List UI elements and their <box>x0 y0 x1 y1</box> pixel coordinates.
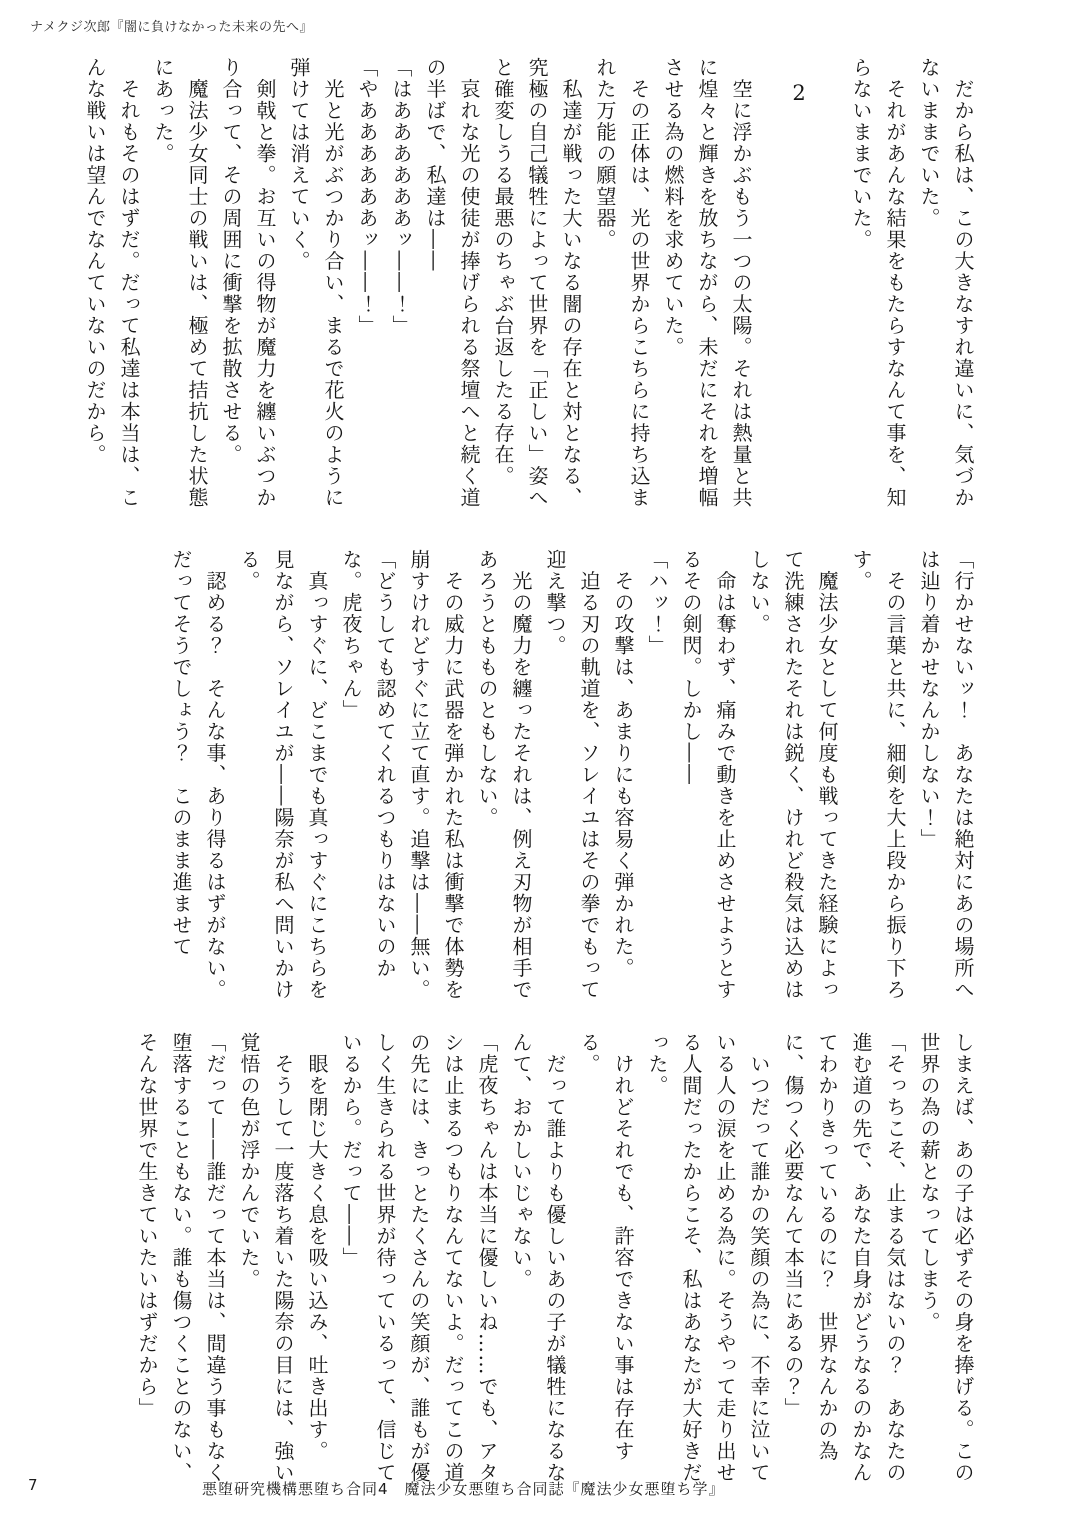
paragraph: 空に浮かぶもう一つの太陽。それは熱量と共に煌々と輝きを放ちながら、未だにそれを増… <box>656 57 758 509</box>
paragraph: そうして一度落ち着いた陽奈の目には、強い覚悟の色が浮かんでいた。 <box>232 1032 300 1484</box>
paragraph: 眼を閉じ大きく息を吸い込み、吐き出す。 <box>300 1032 334 1484</box>
paragraph: 「そっちこそ、止まる気はないの？ あなたの進む道の先で、あなた自身がどうなるのか… <box>776 1032 912 1484</box>
paragraph: 「だって――誰だって本当は、間違う事もなく堕落することもない。誰も傷つくことのな… <box>130 1032 232 1484</box>
paragraph: その威力に武器を弾かれた私は衝撃で体勢を崩すけれどすぐに立て直す。追撃は――無い… <box>402 549 470 1001</box>
paragraph: しまえば、あの子は必ずその身を捧げる。この世界の為の薪となってしまう。 <box>912 1032 980 1484</box>
paragraph: 命は奪わず、痛みで動きを止めさせようとするその剣閃。しかし―― <box>674 549 742 1001</box>
footer-book-title: 悪堕研究機構悪堕ち合同4 魔法少女悪堕ち合同誌『魔法少女悪堕ち学』 <box>202 1478 725 1499</box>
paragraph: 迫る刃の軌道を、ソレイユはその拳でもって迎え撃つ。 <box>538 549 606 1001</box>
paragraph: 光の魔力を纏ったそれは、例え刃物が相手であろうともものともしない。 <box>470 549 538 1001</box>
novel-page: ナメクジ次郎『闇に負けなかった未来の先へ』 だから私は、この大きなすれ違いに、気… <box>0 0 1075 1518</box>
paragraph: それがあんな結果をもたらすなんて事を、知らないままでいた。 <box>844 57 912 509</box>
paragraph: 哀れな光の使徒が捧げられる祭壇へと続く道の半ばで、私達は―― <box>418 57 486 509</box>
paragraph: 「行かせないッ！ あなたは絶対にあの場所へは辿り着かせなんかしない！」 <box>912 549 980 1001</box>
paragraph: 「どうしても認めてくれるつもりはないのかな。虎夜ちゃん」 <box>334 549 402 1001</box>
paragraph: その言葉と共に、細剣を大上段から振り下ろす。 <box>844 549 912 1001</box>
paragraph: 光と光がぶつかり合い、まるで花火のように弾けては消えていく。 <box>282 57 350 509</box>
text-section-1: だから私は、この大きなすれ違いに、気づかないままでいた。 それがあんな結果をもた… <box>78 57 980 509</box>
paragraph: 「ハッ！」 <box>640 549 674 1001</box>
paragraph: 「虎夜ちゃんは本当に優しいね……でも、アタシは止まるつもりなんてないよ。だってこ… <box>334 1032 504 1484</box>
paragraph: いつだって誰かの笑顔の為に、不幸に泣いている人の涙を止める為に。そうやって走り出… <box>640 1032 776 1484</box>
page-footer: 7 悪堕研究機構悪堕ち合同4 魔法少女悪堕ち合同誌『魔法少女悪堕ち学』 <box>0 1474 1075 1504</box>
paragraph: 真っすぐに、どこまでも真っすぐにこちらを見ながら、ソレイユが――陽奈が私へ問いか… <box>232 549 334 1001</box>
paragraph: けれどそれでも、許容できない事は存在する。 <box>572 1032 640 1484</box>
running-header: ナメクジ次郎『闇に負けなかった未来の先へ』 <box>30 16 313 35</box>
section-number: 2 <box>782 57 816 509</box>
paragraph: 「はああああああッ――！」 <box>384 57 418 509</box>
page-number: 7 <box>28 1476 38 1494</box>
paragraph: 魔法少女同士の戦いは、極めて拮抗した状態にあった。 <box>146 57 214 509</box>
paragraph: 私達が戦った大いなる闇の存在と対となる、究極の自己犠牲によって世界を「正しい」姿… <box>486 57 588 509</box>
paragraph: その正体は、光の世界からこちらに持ち込まれた万能の願望器。 <box>588 57 656 509</box>
paragraph: それもそのはずだ。だって私達は本当は、こんな戦いは望んでなんていないのだから。 <box>78 57 146 509</box>
paragraph: 剣戟と拳。お互いの得物が魔力を纏いぶつかり合って、その周囲に衝撃を拡散させる。 <box>214 57 282 509</box>
paragraph: 「やああああああッ――！」 <box>350 57 384 509</box>
paragraph: 魔法少女として何度も戦ってきた経験によって洗練されたそれは鋭く、けれど殺気は込め… <box>742 549 844 1001</box>
paragraph: だから私は、この大きなすれ違いに、気づかないままでいた。 <box>912 57 980 509</box>
text-section-3: しまえば、あの子は必ずその身を捧げる。この世界の為の薪となってしまう。「そっちこ… <box>130 1032 980 1484</box>
paragraph: だって誰よりも優しいあの子が犠牲になるなんて、おかしいじゃない。 <box>504 1032 572 1484</box>
paragraph: 認める？ そんな事、あり得るはずがない。だってそうでしょう？ このまま進ませて <box>164 549 232 1001</box>
paragraph: その攻撃は、あまりにも容易く弾かれた。 <box>606 549 640 1001</box>
text-section-2: 「行かせないッ！ あなたは絶対にあの場所へは辿り着かせなんかしない！」 その言葉… <box>164 549 980 1001</box>
